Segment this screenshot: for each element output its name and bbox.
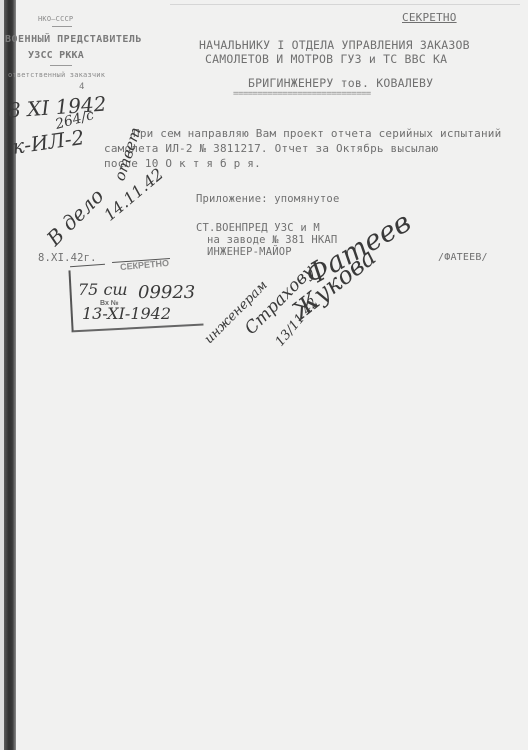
stamp-date: 13-XI-1942: [82, 304, 171, 323]
signature-rank: ИНЖЕНЕР-МАЙОР: [207, 246, 292, 258]
handwritten-topic: к-ИЛ-2: [11, 125, 86, 159]
letterhead-dept: УЗСС РККА: [28, 50, 84, 61]
addressee-underline: ============================: [233, 89, 371, 99]
addressee-line-1: НАЧАЛЬНИКУ I ОТДЕЛА УПРАВЛЕНИЯ ЗАКАЗОВ: [199, 38, 470, 52]
letterhead-org: НКО—СССР: [38, 15, 73, 23]
letterhead-title: ВОЕННЫЙ ПРЕДСТАВИТЕЛЬ: [5, 34, 142, 45]
handwritten-to-file: В дело: [42, 184, 109, 251]
letterhead-rule: [52, 26, 72, 27]
page-border: [170, 4, 520, 5]
body-line-1: При сем направляю Вам проект отчета сери…: [133, 127, 501, 140]
attachment-note: Приложение: упомянутое: [196, 193, 339, 205]
stamp-line: [70, 264, 105, 267]
typed-date: 8.XI.42г.: [38, 252, 97, 264]
classification-mark: СЕКРЕТНО: [402, 11, 457, 24]
body-line-2: самолета ИЛ-2 № 3811217. Отчет за Октябр…: [104, 142, 438, 155]
letterhead-role: ответственный заказчик: [8, 71, 105, 79]
stamp-incoming-number: 09923: [138, 282, 195, 303]
handwritten-file-date: 14.11.42: [100, 164, 167, 224]
signature-title-1: СТ.ВОЕНПРЕД УЗС и М: [196, 222, 320, 234]
stamp-copies: 75 сш: [78, 280, 128, 299]
signature-name: /ФАТЕЕВ/: [438, 252, 488, 263]
signature-title-2: на заводе № 381 НКАП: [207, 234, 337, 246]
addressee-name: БРИГИНЖЕНЕРУ тов. КОВАЛЕВУ: [248, 76, 433, 90]
letterhead-number: 4: [79, 82, 85, 92]
addressee-line-2: САМОЛЕТОВ И МОТРОВ ГУЗ и ТС ВВС КА: [205, 52, 447, 66]
letterhead-rule: [50, 65, 72, 66]
